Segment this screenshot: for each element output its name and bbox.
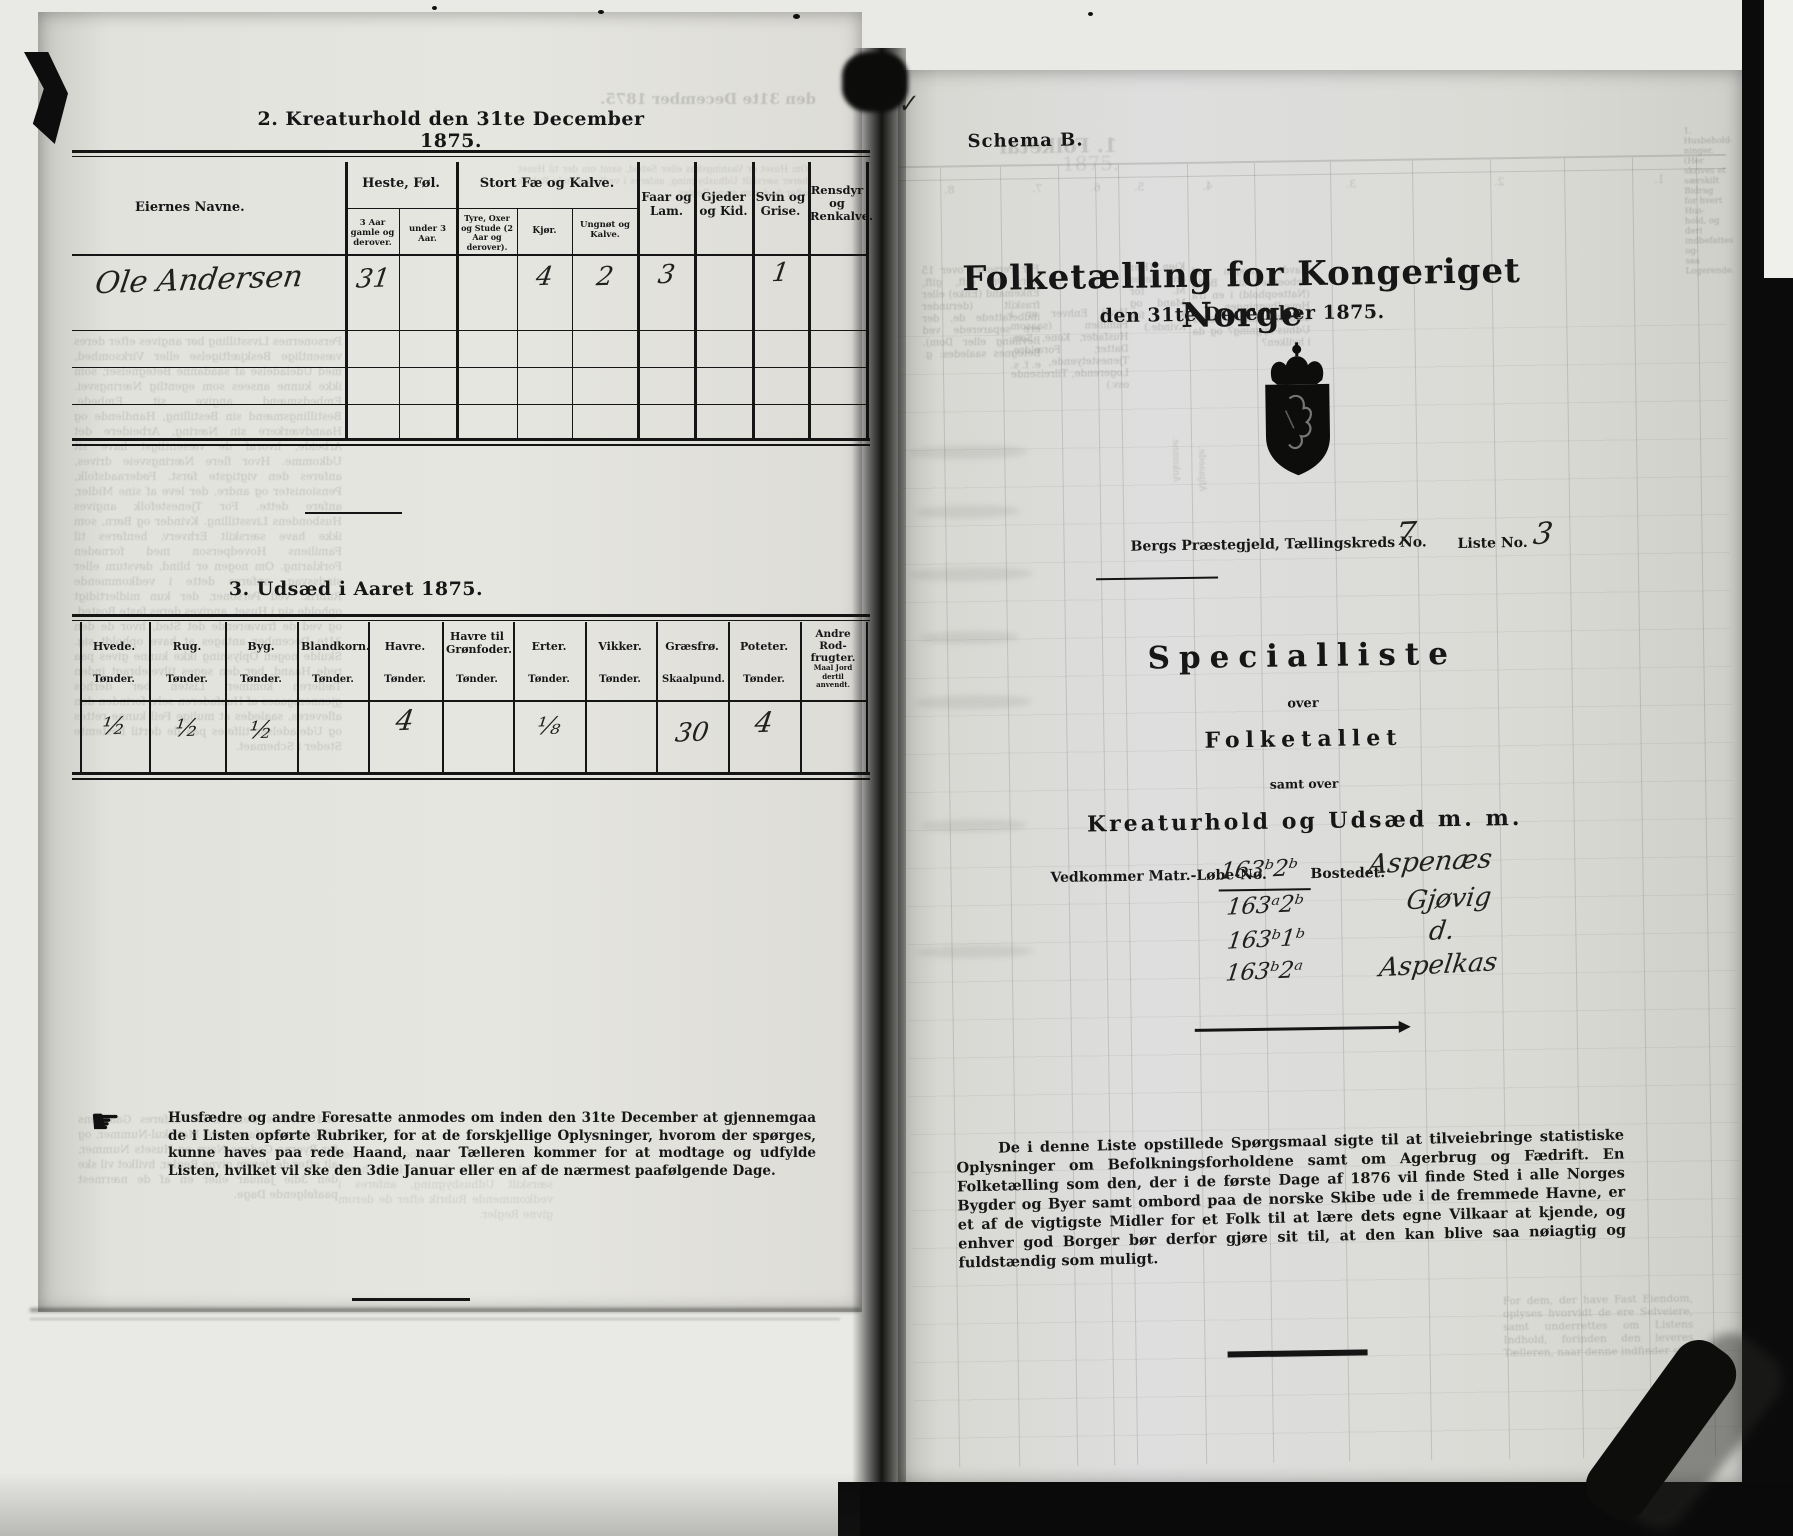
udsaed-value: ½ — [82, 711, 146, 741]
udsaed-col-name: Blandkorn. — [301, 640, 365, 653]
dust-speck — [1088, 12, 1093, 16]
schema-label: Schema B. — [967, 129, 1083, 152]
liste-label: Liste No. — [1457, 535, 1527, 552]
instruction-paragraph: De i denne Liste opstillede Spørgsmaal s… — [956, 1125, 1627, 1272]
scan-bottom-shade — [0, 1472, 860, 1536]
ghost-col-number: 5. — [1128, 180, 1150, 193]
handwritten-matr-no: 163ᵇ2ᵇ — [1219, 855, 1300, 885]
ghost-col-number: 2. — [1488, 175, 1510, 188]
ghost-date-text: den 31te December 1875. — [586, 90, 816, 108]
section3-title: 3. Udsæd i Aaret 1875. — [216, 578, 496, 600]
rule — [72, 438, 870, 441]
page-edge-shadow — [30, 1318, 840, 1320]
rule — [513, 622, 515, 772]
col-header-owner: Eiernes Navne. — [135, 200, 305, 215]
ghost-col-number: 8. — [938, 183, 960, 196]
udsaed-col-unit: Tønder. — [375, 674, 435, 685]
col-header-stort: Stort Fæ og Kalve. — [458, 176, 636, 191]
ghost-col-number: 6. — [1084, 181, 1106, 194]
dust-speck — [598, 10, 604, 14]
rule — [297, 622, 299, 772]
rule — [72, 156, 870, 157]
rule — [572, 208, 573, 440]
binding-gutter-shadow — [852, 48, 906, 1536]
rule — [72, 254, 866, 256]
rule — [72, 404, 866, 405]
handwritten-matr-no: 163ᵃ2ᵇ — [1225, 891, 1305, 921]
udsaed-value: 4 — [373, 703, 438, 738]
rule — [637, 162, 640, 440]
rule — [656, 622, 658, 772]
rule — [80, 622, 82, 772]
handwritten-matr-no: 163ᵇ2ᵃ — [1224, 957, 1304, 987]
arrow-head — [1399, 1021, 1411, 1033]
rule — [728, 622, 730, 772]
col-subheader-stort-3: Ungnøt og Kalve. — [575, 220, 635, 240]
section-divider-rule — [305, 512, 402, 514]
ghost-rule — [898, 168, 1726, 181]
handwritten-ungnot-value: 2 — [573, 261, 638, 293]
census-scan-1875: den 31te December 1875. Personernes Livs… — [0, 0, 1793, 1536]
rule — [80, 700, 866, 702]
udsaed-col-unit: Tønder. — [301, 674, 365, 685]
page-edge-shadow — [30, 1308, 860, 1312]
udsaed-col-name: Vikker. — [590, 640, 650, 653]
col-subheader-heste-1: 3 Aar gamle og derover. — [348, 218, 397, 248]
dust-speck — [793, 14, 800, 19]
col-header-gjeder: Gjeder og Kid. — [697, 190, 750, 218]
udsaed-value: 4 — [732, 705, 797, 740]
rule — [456, 162, 459, 440]
udsaed-col-unit: Tønder. — [519, 674, 579, 685]
col-header-heste: Heste, Føl. — [347, 176, 455, 191]
udsaed-value: ½ — [229, 715, 293, 745]
udsaed-value: ⅛ — [517, 711, 581, 741]
handwritten-bosted: Gjøvig — [1405, 882, 1493, 916]
ghost-col-number: 7. — [1026, 182, 1048, 195]
col-subheader-heste-2: under 3 Aar. — [401, 224, 454, 244]
handwritten-bosted: Aspenæs — [1366, 843, 1494, 880]
udsaed-col-name: Havre. — [375, 640, 435, 653]
handwritten-faar-value: 3 — [639, 259, 695, 291]
udsaed-col-name: Erter. — [519, 640, 579, 653]
rule — [345, 162, 348, 440]
udsaed-col-unit: Tønder. — [590, 674, 650, 685]
udsaed-col-unit: Tønder. — [84, 674, 144, 685]
handwritten-bosted: Aspelkas — [1378, 947, 1499, 983]
section2-title: 2. Kreaturhold den 31te December 1875. — [236, 108, 666, 152]
ghost-vertical-label: Ankomne. — [1169, 392, 1180, 482]
rule — [585, 622, 587, 772]
ghost-col-number: 4. — [1196, 179, 1218, 192]
udsaed-col-name: Byg. — [231, 640, 291, 653]
udsaed-col-unit: Tønder. — [157, 674, 217, 685]
pointing-hand-icon: ☛ — [90, 1102, 120, 1142]
udsaed-col-unit: Tønder. — [734, 674, 794, 685]
handwritten-matr-no: 163ᵇ1ᵇ — [1226, 925, 1307, 955]
scan-right-sliver — [1764, 0, 1793, 278]
udsaed-value: ½ — [155, 713, 219, 743]
col-subheader-stort-1: Tyre, Oxer og Stude (2 Aar og derover). — [459, 214, 515, 252]
rule — [72, 614, 870, 617]
coat-of-arms-graphic — [1259, 340, 1337, 479]
binding-gutter-blob — [842, 52, 908, 112]
rule — [72, 367, 866, 368]
udsaed-col-name: Hvede. — [84, 640, 144, 653]
udsaed-col-unit: Tønder. — [231, 674, 291, 685]
right-page-content: 8. 7. 6. 5. 4. 3. 2. 1. For Personer ove… — [889, 64, 1754, 1490]
ghost-col-number: 3. — [1340, 177, 1362, 190]
rule — [800, 622, 802, 772]
udsaed-col-name: Rug. — [157, 640, 217, 653]
left-page: den 31te December 1875. Personernes Livs… — [38, 12, 862, 1312]
ghost-year-text: 1875. — [1062, 150, 1162, 175]
ghost-col-number: 1. — [1648, 173, 1670, 186]
handwritten-owner-name: Ole Andersen — [93, 258, 344, 302]
norway-coat-of-arms — [1259, 340, 1337, 479]
rule — [72, 444, 870, 446]
udsaed-col-unit: Skaalpund. — [662, 674, 722, 685]
udsaed-col-name: Poteter. — [734, 640, 794, 653]
handwritten-svin-value: 1 — [753, 257, 809, 289]
rule — [442, 622, 444, 772]
ghost-right-strip-text: 1. Husbehold- ninger. (Her skrives et sæ… — [1683, 126, 1734, 357]
col-header-svin: Svin og Grise. — [755, 190, 806, 218]
rule — [149, 622, 151, 772]
udsaed-value: 30 — [660, 717, 725, 749]
handwritten-heste-value: 31 — [346, 263, 401, 295]
ghost-vertical-label: Afgaaede. — [1195, 402, 1206, 492]
end-rule — [352, 1298, 470, 1301]
rule — [72, 778, 870, 780]
rule — [72, 150, 870, 153]
col-header-faar: Faar og Lam. — [641, 190, 692, 218]
rule — [72, 330, 866, 331]
right-page: 8. 7. 6. 5. 4. 3. 2. 1. For Personer ove… — [898, 70, 1742, 1484]
footnote-text: Husfædre og andre Foresatte anmodes om i… — [168, 1110, 816, 1180]
udsaed-col-name: Havre til Grønfoder. — [446, 630, 508, 656]
udsaed-col-unit: Tønder. — [447, 674, 507, 685]
rule — [72, 772, 870, 775]
rule — [399, 208, 400, 440]
udsaed-col-name: Græsfrø. — [662, 640, 722, 653]
rule — [225, 622, 227, 772]
rule — [345, 208, 637, 209]
col-subheader-stort-2: Kjør. — [519, 226, 570, 236]
dust-speck — [432, 6, 437, 10]
handwritten-bosted: d. — [1427, 916, 1456, 947]
handwritten-kjor-value: 4 — [517, 261, 573, 293]
rule — [517, 208, 518, 440]
rule — [72, 620, 870, 621]
